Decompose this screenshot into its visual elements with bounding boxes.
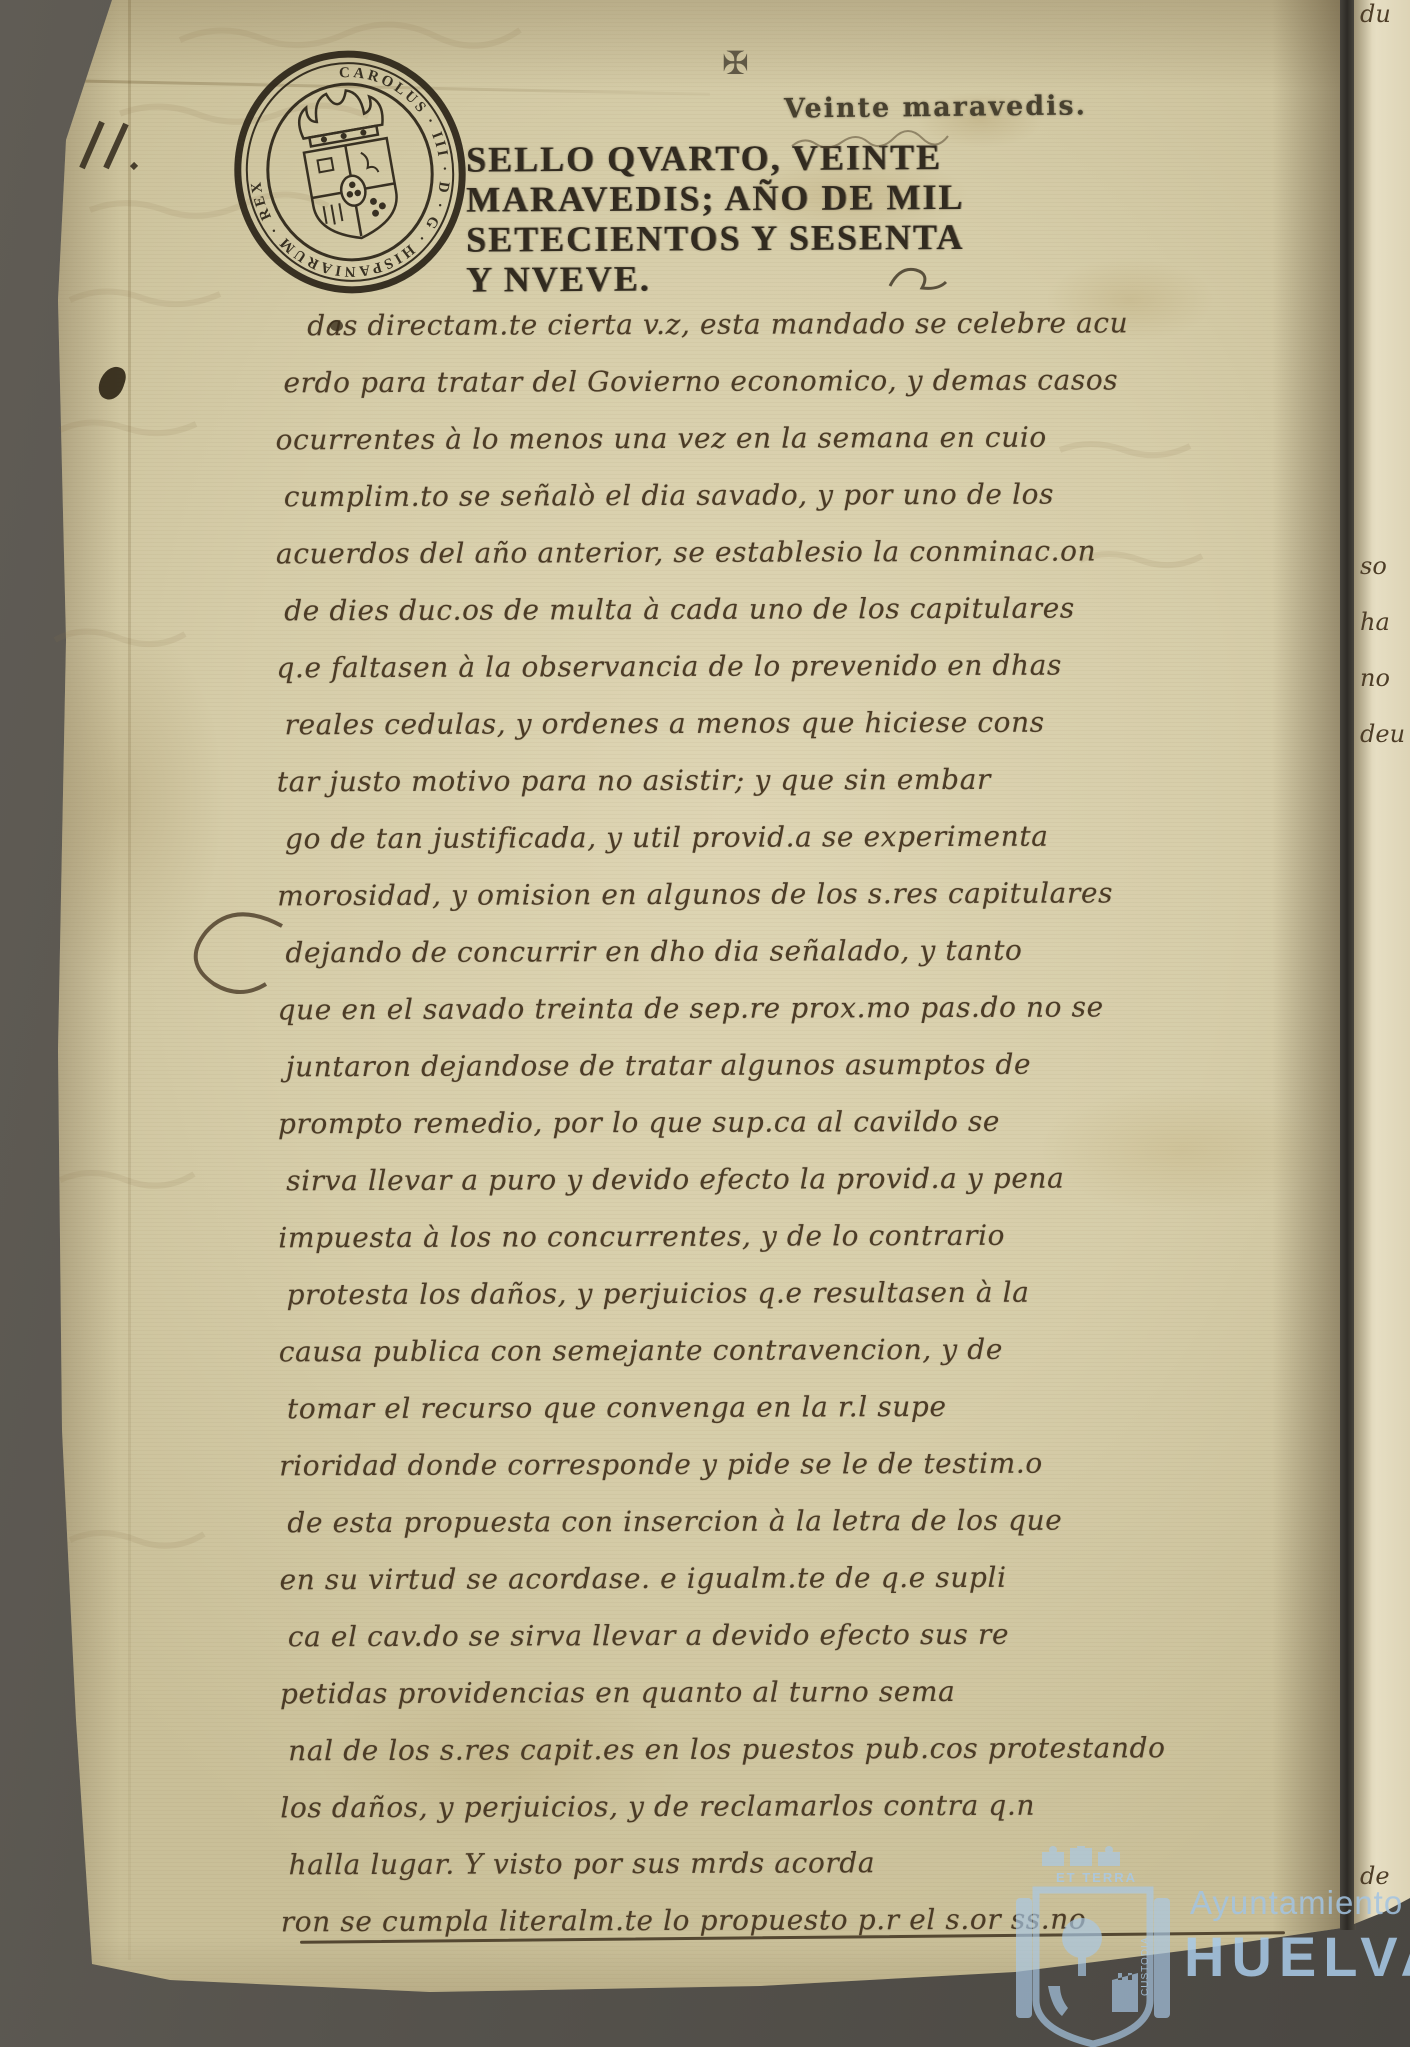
stamp-heading-line: SETECIENTOS Y SESENTA — [466, 216, 1066, 259]
manuscript-line: de esta propuesta con insercion à la let… — [287, 1492, 1039, 1552]
manuscript-line: prompto remedio, por lo que sup.ca al ca… — [278, 1093, 1038, 1153]
margin-pen-flourish — [178, 898, 308, 1008]
manuscript-line: das directam.te cierta v.z, esta mandado… — [307, 295, 1035, 355]
carolus-iii-royal-seal: CAROLUS · III · D · G · HISPANIARUM · RE… — [210, 27, 490, 317]
paper-crease-vertical — [128, 0, 131, 1960]
manuscript-line: causa publica con semejante contravencio… — [279, 1321, 1039, 1381]
page-gutter-shadow — [1340, 0, 1356, 1930]
adjacent-page-text-fragment: no — [1360, 664, 1390, 692]
watermark-motto-top: ET TERRA — [1056, 1870, 1137, 1885]
manuscript-line: cumplim.to se señalò el dia savado, y po… — [284, 466, 1036, 526]
manuscript-line: ca el cav.do se sirva llevar a devido ef… — [288, 1606, 1040, 1666]
maltese-cross-icon: ✠ — [722, 44, 749, 82]
manuscript-line: en su virtud se acordase. e igualm.te de… — [279, 1549, 1039, 1609]
printed-stamp-heading: SELLO QVARTO, VEINTE MARAVEDIS; AÑO DE M… — [466, 138, 1066, 298]
adjacent-page-text-fragment: du — [1360, 0, 1391, 28]
watermark-city: HUELVA — [1184, 1924, 1410, 1989]
watermark-motto-side: CUSTODIA — [1140, 1937, 1151, 1997]
stamp-heading-line: MARAVEDIS; AÑO DE MIL — [466, 176, 1066, 219]
manuscript-line: protesta los daños, y perjuicios q.e res… — [286, 1264, 1038, 1324]
adjacent-page-text-fragment: ha — [1360, 608, 1390, 636]
manuscript-line: morosidad, y omision en algunos de los s… — [277, 865, 1037, 925]
margin-ink-strokes — [72, 112, 152, 182]
adjacent-page-text-fragment: so — [1360, 552, 1387, 580]
manuscript-line: halla lugar. Y visto por sus mrds acorda — [288, 1834, 1040, 1894]
manuscript-line: los daños, y perjuicios, y de reclamarlo… — [280, 1777, 1040, 1837]
manuscript-line: nal de los s.res capit.es en los puestos… — [288, 1720, 1040, 1780]
manuscript-line: que en el savado treinta de sep.re prox.… — [278, 979, 1038, 1039]
manuscript-line: sirva llevar a puro y devido efecto la p… — [286, 1150, 1038, 1210]
manuscript-line: erdo para tratar del Govierno economico,… — [283, 352, 1035, 412]
manuscript-line: reales cedulas, y ordenes a menos que hi… — [285, 694, 1037, 754]
adjacent-page-edge: so ha no deu de So du — [1354, 0, 1410, 2047]
manuscript-line: q.e faltasen à la observancia de lo prev… — [276, 637, 1036, 697]
watermark-organization: Ayuntamiento de — [1190, 1884, 1410, 1922]
royal-coat-of-arms-icon — [304, 138, 403, 245]
manuscript-line: dejando de concurrir en dho dia señalado… — [285, 922, 1037, 982]
manuscript-line: petidas providencias en quanto al turno … — [280, 1663, 1040, 1723]
scanned-document-page: CAROLUS · III · D · G · HISPANIARUM · RE… — [0, 0, 1410, 2047]
huelva-archive-watermark: ET TERRA CUSTODIA Ayuntamiento de HUELVA — [1008, 1846, 1410, 2047]
handwritten-denomination: Veinte maravedis. — [784, 90, 1087, 124]
huelva-coat-of-arms-icon: ET TERRA CUSTODIA — [1008, 1846, 1184, 2047]
manuscript-line: juntaron dejandose de tratar algunos asu… — [286, 1036, 1038, 1096]
manuscript-line: ocurrentes à lo menos una vez en la sema… — [276, 409, 1036, 469]
adjacent-page-text-fragment: deu — [1360, 720, 1405, 748]
adjacent-page-shading — [1354, 0, 1410, 2047]
manuscript-line: rioridad donde corresponde y pide se le … — [279, 1435, 1039, 1495]
manuscript-body: das directam.te cierta v.z, esta mandado… — [275, 295, 1041, 1951]
manuscript-line: de dies duc.os de multa à cada uno de lo… — [284, 580, 1036, 640]
manuscript-line: go de tan justificada, y util provid.a s… — [285, 808, 1037, 868]
manuscript-line: tar justo motivo para no asistir; y que … — [277, 751, 1037, 811]
faint-scribble — [788, 130, 1018, 156]
manuscript-line: acuerdos del año anterior, se establesio… — [276, 523, 1036, 583]
manuscript-line: impuesta à los no concurrentes, y de lo … — [278, 1207, 1038, 1267]
manuscript-line: tomar el recurso que convenga en la r.l … — [287, 1378, 1039, 1438]
stamp-heading-line: Y NVEVE. — [466, 256, 1066, 299]
ink-blot — [330, 320, 343, 331]
